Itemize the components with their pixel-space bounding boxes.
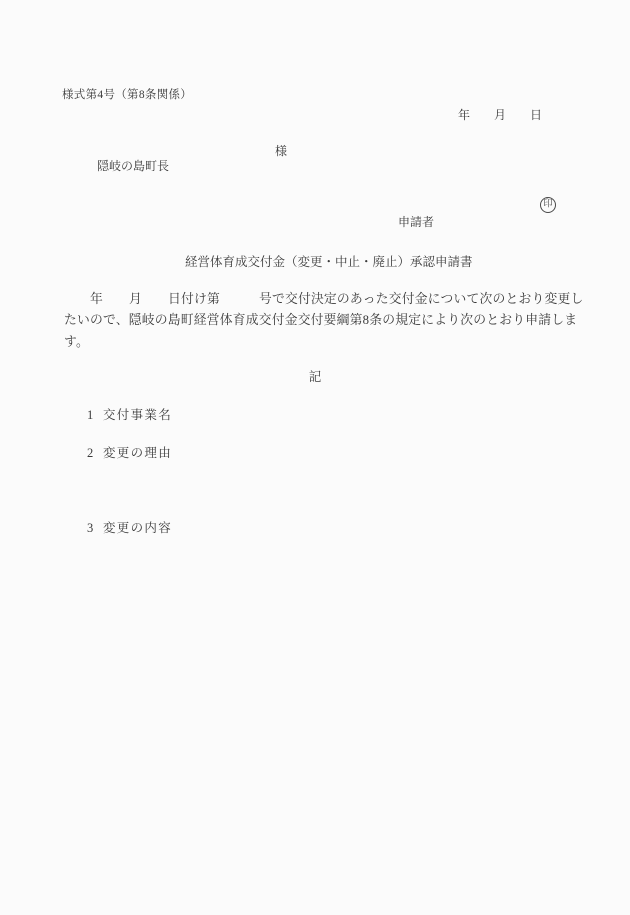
addressee-honorific: 様 [275,142,287,159]
item-number: 1 [87,408,103,423]
item-label: 交付事業名 [103,408,172,422]
seal-character: 印 [543,201,553,211]
body-paragraph-line-3: す。 [64,332,584,353]
list-item-grant-project-name: 1交付事業名 [87,405,172,423]
form-number: 様式第4号（第8条関係） [62,86,192,102]
applicant-line: 申請者 [386,198,434,245]
applicant-label: 申請者 [398,215,434,229]
item-label: 変更の理由 [103,446,172,460]
body-paragraph-line-1: 年 月 日付け第 号で交付決定のあった交付金について次のとおり変更し [64,289,584,310]
seal-icon: 印 [540,197,556,213]
document-title: 経営体育成交付金（変更・中止・廃止）承認申請書 [185,252,473,270]
list-item-details-of-change: 3変更の内容 [87,518,172,536]
body-paragraph-line-2: たいので、隠岐の島町経営体育成交付金交付要綱第8条の規定により次のとおり申請しま [64,310,584,331]
item-number: 3 [87,521,103,536]
date-line: 年 月 日 [458,106,542,123]
list-item-reason-for-change: 2変更の理由 [87,443,172,461]
item-number: 2 [87,446,103,461]
record-marker: 記 [0,367,630,385]
item-label: 変更の内容 [103,521,172,535]
addressee-name: 隠岐の島町長 [97,159,169,173]
addressee-line: 隠岐の島町長 様 [85,142,169,204]
document-page: 様式第4号（第8条関係） 年 月 日 隠岐の島町長 様 申請者 印 経営体育成交… [0,0,630,915]
body-paragraph: 年 月 日付け第 号で交付決定のあった交付金について次のとおり変更し たいので、… [64,289,584,353]
